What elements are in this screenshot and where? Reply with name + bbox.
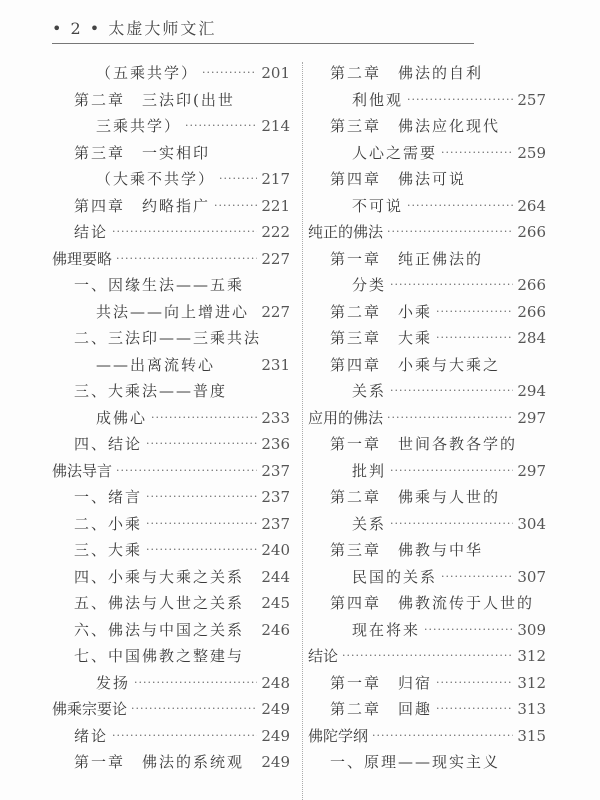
toc-entry-title: 第三章 一实相印: [74, 140, 210, 167]
toc-entry-page: 266: [517, 272, 546, 299]
toc-entry-page: 297: [517, 405, 546, 432]
dot-leader: [407, 193, 513, 220]
toc-entry-title: 第三章 大乘: [330, 325, 432, 352]
toc-entry-title: 四、小乘与大乘之关系: [74, 564, 244, 591]
dot-leader: [131, 696, 257, 723]
toc-entry-page: 304: [517, 511, 546, 538]
dot-leader: [441, 564, 513, 591]
toc-entry[interactable]: 关系294: [308, 378, 546, 405]
toc-entry[interactable]: 佛理要略227: [52, 246, 290, 273]
toc-entry[interactable]: 人心之需要259: [308, 140, 546, 167]
toc-entry-title: 二、三法印——三乘共法: [74, 325, 261, 352]
dot-leader: [116, 458, 257, 485]
toc-entry[interactable]: 第二章 三法印(出世: [52, 87, 290, 114]
dot-leader: [214, 193, 257, 220]
toc-entry[interactable]: 第二章 小乘266: [308, 299, 546, 326]
toc-entry-title: 三、大乘: [74, 537, 142, 564]
toc-entry-title: （大乘不共学）: [96, 166, 215, 193]
toc-entry[interactable]: 应用的佛法297: [308, 405, 546, 432]
dot-leader: [185, 113, 257, 140]
dot-leader: [387, 219, 513, 246]
toc-entry-page: 249: [261, 696, 290, 723]
toc-entry[interactable]: 成佛心233: [52, 405, 290, 432]
toc-entry[interactable]: 第二章 佛乘与人世的: [308, 484, 546, 511]
toc-entry[interactable]: 一、绪言237: [52, 484, 290, 511]
toc-entry[interactable]: 第二章 回趣313: [308, 696, 546, 723]
toc-entry[interactable]: 第一章 纯正佛法的: [308, 246, 546, 273]
toc-entry-page: 259: [517, 140, 546, 167]
toc-entry-title: 五、佛法与人世之关系: [74, 590, 244, 617]
toc-entry-title: 结论: [308, 643, 338, 670]
toc-entry-title: 第二章 佛乘与人世的: [330, 484, 500, 511]
toc-entry[interactable]: 批判297: [308, 458, 546, 485]
running-header: • 2 • 太虚大师文汇: [52, 16, 474, 40]
toc-entry-page: 297: [517, 458, 546, 485]
toc-entry-title: 佛理要略: [52, 246, 112, 273]
toc-entry-title: 六、佛法与中国之关系: [74, 617, 244, 644]
toc-entry[interactable]: 六、佛法与中国之关系246: [52, 617, 290, 644]
dot-leader: [146, 511, 257, 538]
dot-leader: [407, 87, 513, 114]
toc-entry-title: 分类: [352, 272, 386, 299]
toc-entry-title: 三乘共学）: [96, 113, 181, 140]
toc-entry[interactable]: 不可说264: [308, 193, 546, 220]
toc-entry-title: 第一章 纯正佛法的: [330, 246, 483, 273]
toc-entry-title: 人心之需要: [352, 140, 437, 167]
toc-entry-title: 第二章 回趣: [330, 696, 432, 723]
dot-leader: [441, 140, 513, 167]
toc-left-column: （五乘共学）201第二章 三法印(出世三乘共学）214第三章 一实相印（大乘不共…: [52, 60, 290, 776]
toc-entry-title: 批判: [352, 458, 386, 485]
toc-entry-page: 217: [261, 166, 290, 193]
toc-entry[interactable]: 三、大乘法——普度: [52, 378, 290, 405]
toc-entry-page: 257: [517, 87, 546, 114]
toc-entry-page: 307: [517, 564, 546, 591]
toc-entry[interactable]: 二、三法印——三乘共法: [52, 325, 290, 352]
toc-entry[interactable]: 现在将来309: [308, 617, 546, 644]
toc-entry[interactable]: 佛乘宗要论249: [52, 696, 290, 723]
toc-entry[interactable]: 一、原理——现实主义: [308, 749, 546, 776]
dot-leader: [342, 643, 513, 670]
toc-entry-title: 第一章 归宿: [330, 670, 432, 697]
dot-leader: [151, 405, 257, 432]
toc-entry[interactable]: ——出离流转心231: [52, 352, 290, 379]
toc-entry-title: 七、中国佛教之整建与: [74, 643, 244, 670]
toc-entry-page: 222: [261, 219, 290, 246]
toc-entry-title: 成佛心: [96, 405, 147, 432]
toc-entry-title: 纯正的佛法: [308, 219, 383, 246]
dot-leader: [146, 431, 257, 458]
toc-entry-title: 第三章 佛法应化现代: [330, 113, 500, 140]
toc-entry[interactable]: 一、因缘生法——五乘: [52, 272, 290, 299]
toc-entry-title: （五乘共学）: [96, 60, 198, 87]
toc-entry-page: 266: [517, 219, 546, 246]
toc-entry-page: 244: [261, 564, 290, 591]
toc-entry[interactable]: 结论222: [52, 219, 290, 246]
toc-entry-title: 佛乘宗要论: [52, 696, 127, 723]
toc-entry-title: 不可说: [352, 193, 403, 220]
toc-entry[interactable]: 第三章 一实相印: [52, 140, 290, 167]
toc-entry-title: 利他观: [352, 87, 403, 114]
dot-leader: [390, 378, 513, 405]
toc-entry[interactable]: 结论312: [308, 643, 546, 670]
toc-entry-title: 一、原理——现实主义: [330, 749, 500, 776]
toc-entry[interactable]: （大乘不共学）217: [52, 166, 290, 193]
toc-entry[interactable]: 第三章 大乘284: [308, 325, 546, 352]
toc-entry-page: 264: [517, 193, 546, 220]
toc-entry[interactable]: 七、中国佛教之整建与: [52, 643, 290, 670]
toc-entry[interactable]: 利他观257: [308, 87, 546, 114]
dot-leader: [387, 405, 513, 432]
toc-entry-title: 民国的关系: [352, 564, 437, 591]
column-divider: [302, 62, 303, 800]
toc-entry-page: 312: [517, 643, 546, 670]
toc-entry-page: 313: [517, 696, 546, 723]
toc-entry-title: 第四章 佛教流传于人世的: [330, 590, 534, 617]
toc-entry-title: 第二章 小乘: [330, 299, 432, 326]
toc-entry[interactable]: 二、小乘237: [52, 511, 290, 538]
toc-entry[interactable]: 佛法导言237: [52, 458, 290, 485]
toc-entry-page: 231: [261, 352, 290, 379]
toc-entry[interactable]: 三、大乘240: [52, 537, 290, 564]
toc-entry[interactable]: 第四章 约略指广221: [52, 193, 290, 220]
toc-entry-page: 248: [261, 670, 290, 697]
toc-entry-title: 第一章 佛法的系统观: [74, 749, 244, 776]
dot-leader: [219, 166, 257, 193]
toc-entry-title: 四、结论: [74, 431, 142, 458]
toc-entry[interactable]: 第四章 佛教流传于人世的: [308, 590, 546, 617]
header-rule: [52, 43, 474, 44]
toc-entry[interactable]: 佛陀学纲315: [308, 723, 546, 750]
toc-entry[interactable]: 第一章 归宿312: [308, 670, 546, 697]
toc-entry-page: 201: [261, 60, 290, 87]
dot-leader: [112, 723, 257, 750]
toc-entry-page: 309: [517, 617, 546, 644]
toc-entry-page: 214: [261, 113, 290, 140]
toc-entry[interactable]: （五乘共学）201: [52, 60, 290, 87]
toc-entry-page: 315: [517, 723, 546, 750]
toc-entry-title: 结论: [74, 219, 108, 246]
toc-entry-title: 第一章 世间各教各学的: [330, 431, 517, 458]
toc-entry[interactable]: 第一章 世间各教各学的: [308, 431, 546, 458]
toc-entry-title: 第四章 小乘与大乘之: [330, 352, 500, 379]
toc-entry-page: 284: [517, 325, 546, 352]
toc-entry-page: 245: [261, 590, 290, 617]
toc-entry-page: 237: [261, 511, 290, 538]
toc-entry-page: 237: [261, 484, 290, 511]
dot-leader: [116, 246, 257, 273]
toc-entry-page: 249: [261, 749, 290, 776]
toc-entry-title: ——出离流转心: [96, 352, 215, 379]
toc-entry-title: 关系: [352, 511, 386, 538]
dot-leader: [436, 299, 513, 326]
toc-entry-title: 一、因缘生法——五乘: [74, 272, 244, 299]
toc-entry-title: 佛法导言: [52, 458, 112, 485]
toc-entry-page: 227: [261, 299, 290, 326]
toc-entry[interactable]: 四、结论236: [52, 431, 290, 458]
toc-entry[interactable]: 绪论249: [52, 723, 290, 750]
dot-leader: [146, 484, 257, 511]
toc-entry-page: 227: [261, 246, 290, 273]
toc-entry-title: 关系: [352, 378, 386, 405]
toc-entry[interactable]: 纯正的佛法266: [308, 219, 546, 246]
dot-leader: [372, 723, 513, 750]
toc-entry-page: 237: [261, 458, 290, 485]
toc-entry-title: 第三章 佛教与中华: [330, 537, 483, 564]
toc-entry-page: 240: [261, 537, 290, 564]
toc-entry-page: 266: [517, 299, 546, 326]
toc-entry-title: 发扬: [96, 670, 130, 697]
toc-entry[interactable]: 第三章 佛教与中华: [308, 537, 546, 564]
toc-entry-page: 249: [261, 723, 290, 750]
toc-entry[interactable]: 发扬248: [52, 670, 290, 697]
toc-entry-title: 第四章 佛法可说: [330, 166, 466, 193]
toc-entry-title: 第四章 约略指广: [74, 193, 210, 220]
toc-entry-page: 312: [517, 670, 546, 697]
toc-entry-page: 294: [517, 378, 546, 405]
toc-entry[interactable]: 民国的关系307: [308, 564, 546, 591]
toc-right-column: 第二章 佛法的自利利他观257第三章 佛法应化现代人心之需要259第四章 佛法可…: [308, 60, 546, 776]
dot-leader: [424, 617, 513, 644]
dot-leader: [112, 219, 257, 246]
toc-entry[interactable]: 第二章 佛法的自利: [308, 60, 546, 87]
toc-entry[interactable]: 第一章 佛法的系统观249: [52, 749, 290, 776]
toc-entry-page: 221: [261, 193, 290, 220]
toc-entry-title: 三、大乘法——普度: [74, 378, 227, 405]
toc-entry[interactable]: 三乘共学）214: [52, 113, 290, 140]
dot-leader: [436, 696, 513, 723]
toc-entry[interactable]: 五、佛法与人世之关系245: [52, 590, 290, 617]
toc-entry-title: 共法——向上增进心: [96, 299, 249, 326]
toc-entry[interactable]: 第四章 小乘与大乘之: [308, 352, 546, 379]
toc-entry-page: 246: [261, 617, 290, 644]
toc-entry-title: 现在将来: [352, 617, 420, 644]
dot-leader: [146, 537, 257, 564]
dot-leader: [436, 325, 513, 352]
toc-entry[interactable]: 第四章 佛法可说: [308, 166, 546, 193]
toc-entry[interactable]: 第三章 佛法应化现代: [308, 113, 546, 140]
toc-entry-page: 233: [261, 405, 290, 432]
dot-leader: [390, 511, 513, 538]
toc-entry-title: 二、小乘: [74, 511, 142, 538]
toc-entry-title: 第二章 佛法的自利: [330, 60, 483, 87]
toc-entry[interactable]: 四、小乘与大乘之关系244: [52, 564, 290, 591]
dot-leader: [134, 670, 257, 697]
toc-entry[interactable]: 分类266: [308, 272, 546, 299]
toc-entry-page: 236: [261, 431, 290, 458]
dot-leader: [390, 458, 513, 485]
toc-entry-title: 一、绪言: [74, 484, 142, 511]
dot-leader: [390, 272, 513, 299]
dot-leader: [202, 60, 257, 87]
toc-entry-title: 应用的佛法: [308, 405, 383, 432]
dot-leader: [436, 670, 513, 697]
toc-entry[interactable]: 关系304: [308, 511, 546, 538]
toc-entry[interactable]: 共法——向上增进心227: [52, 299, 290, 326]
toc-entry-title: 第二章 三法印(出世: [74, 87, 235, 114]
toc-entry-title: 绪论: [74, 723, 108, 750]
toc-entry-title: 佛陀学纲: [308, 723, 368, 750]
